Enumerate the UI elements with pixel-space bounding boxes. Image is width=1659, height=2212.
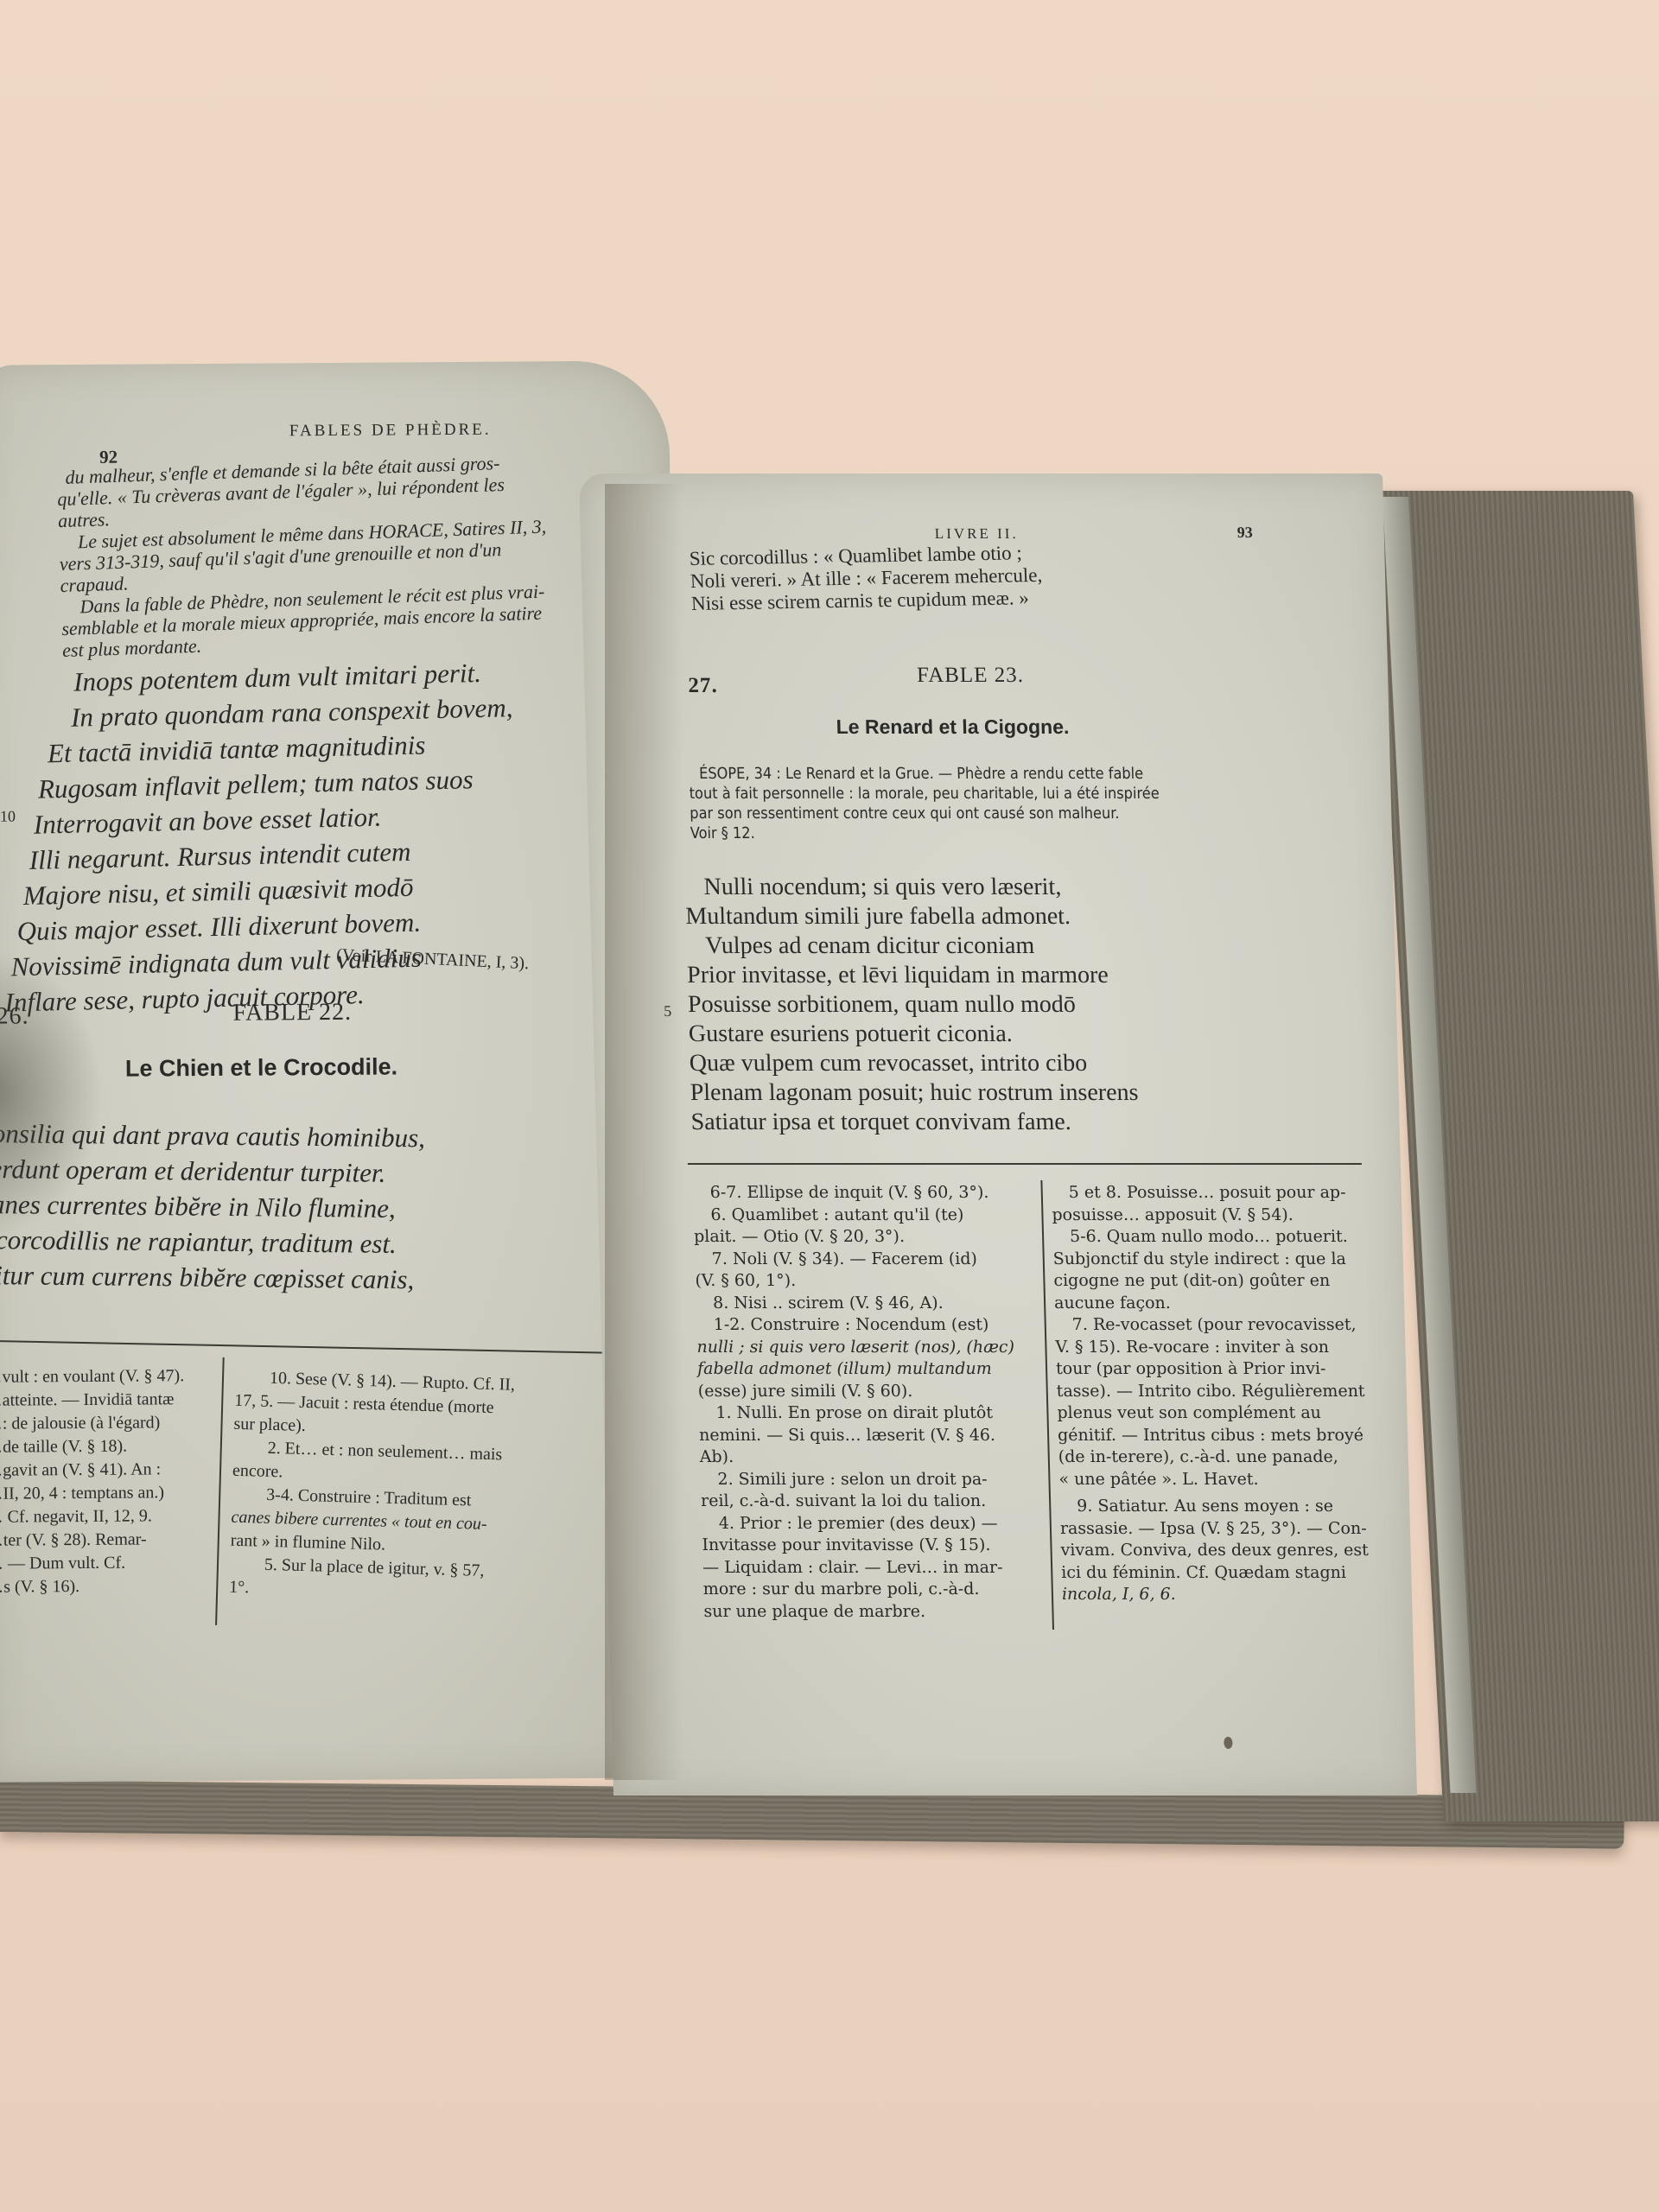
left-notes-col-1: …vult : en voulant (V. § 47). …atteinte.… bbox=[0, 1364, 211, 1599]
book-gutter bbox=[605, 484, 683, 1780]
right-notes-col-1: 6-7. Ellipse de inquit (V. § 60, 3°). 6.… bbox=[692, 1182, 1045, 1623]
running-head: LIVRE II. bbox=[935, 525, 1019, 543]
fable-title: Le Renard et la Cigogne. bbox=[836, 715, 1069, 739]
right-notes-col-2: 5 et 8. Posuisse… posuit pour ap- posuis… bbox=[1051, 1182, 1403, 1606]
notes-divider bbox=[688, 1163, 1362, 1165]
left-notes-col-2: 10. Sese (V. § 14). — Rupto. Cf. II, 17,… bbox=[229, 1366, 598, 1610]
intro-paragraph: du malheur, s'enfle et demande si la bêt… bbox=[56, 448, 650, 661]
fable-23-verses: Nulli nocendum; si quis vero læserit, Mu… bbox=[684, 873, 1365, 1137]
notes-divider bbox=[0, 1340, 607, 1354]
fable-23-intro: ÉSOPE, 34 : Le Renard et la Grue. — Phèd… bbox=[689, 764, 1338, 843]
notes-column-divider bbox=[215, 1357, 225, 1625]
page-shadow bbox=[0, 950, 104, 1236]
open-book: FABLES DE PHÈDRE. 92 du malheur, s'enfle… bbox=[0, 0, 1659, 2212]
fable-label: FABLE 22. bbox=[232, 999, 352, 1027]
section-number: 27. bbox=[688, 674, 718, 698]
right-page: LIVRE II. 93 Sic corcodillus : « Quamlib… bbox=[579, 474, 1417, 1796]
fable-title: Le Chien et le Crocodile. bbox=[125, 1053, 397, 1082]
fable-label: FABLE 23. bbox=[917, 664, 1025, 688]
paper-stain bbox=[1224, 1737, 1232, 1749]
fable-22-continued-verses: Sic corcodillus : « Quamlibet lambe otio… bbox=[689, 537, 1296, 615]
running-head: FABLES DE PHÈDRE. bbox=[289, 421, 492, 442]
verse-line-number: 10 bbox=[0, 808, 16, 826]
